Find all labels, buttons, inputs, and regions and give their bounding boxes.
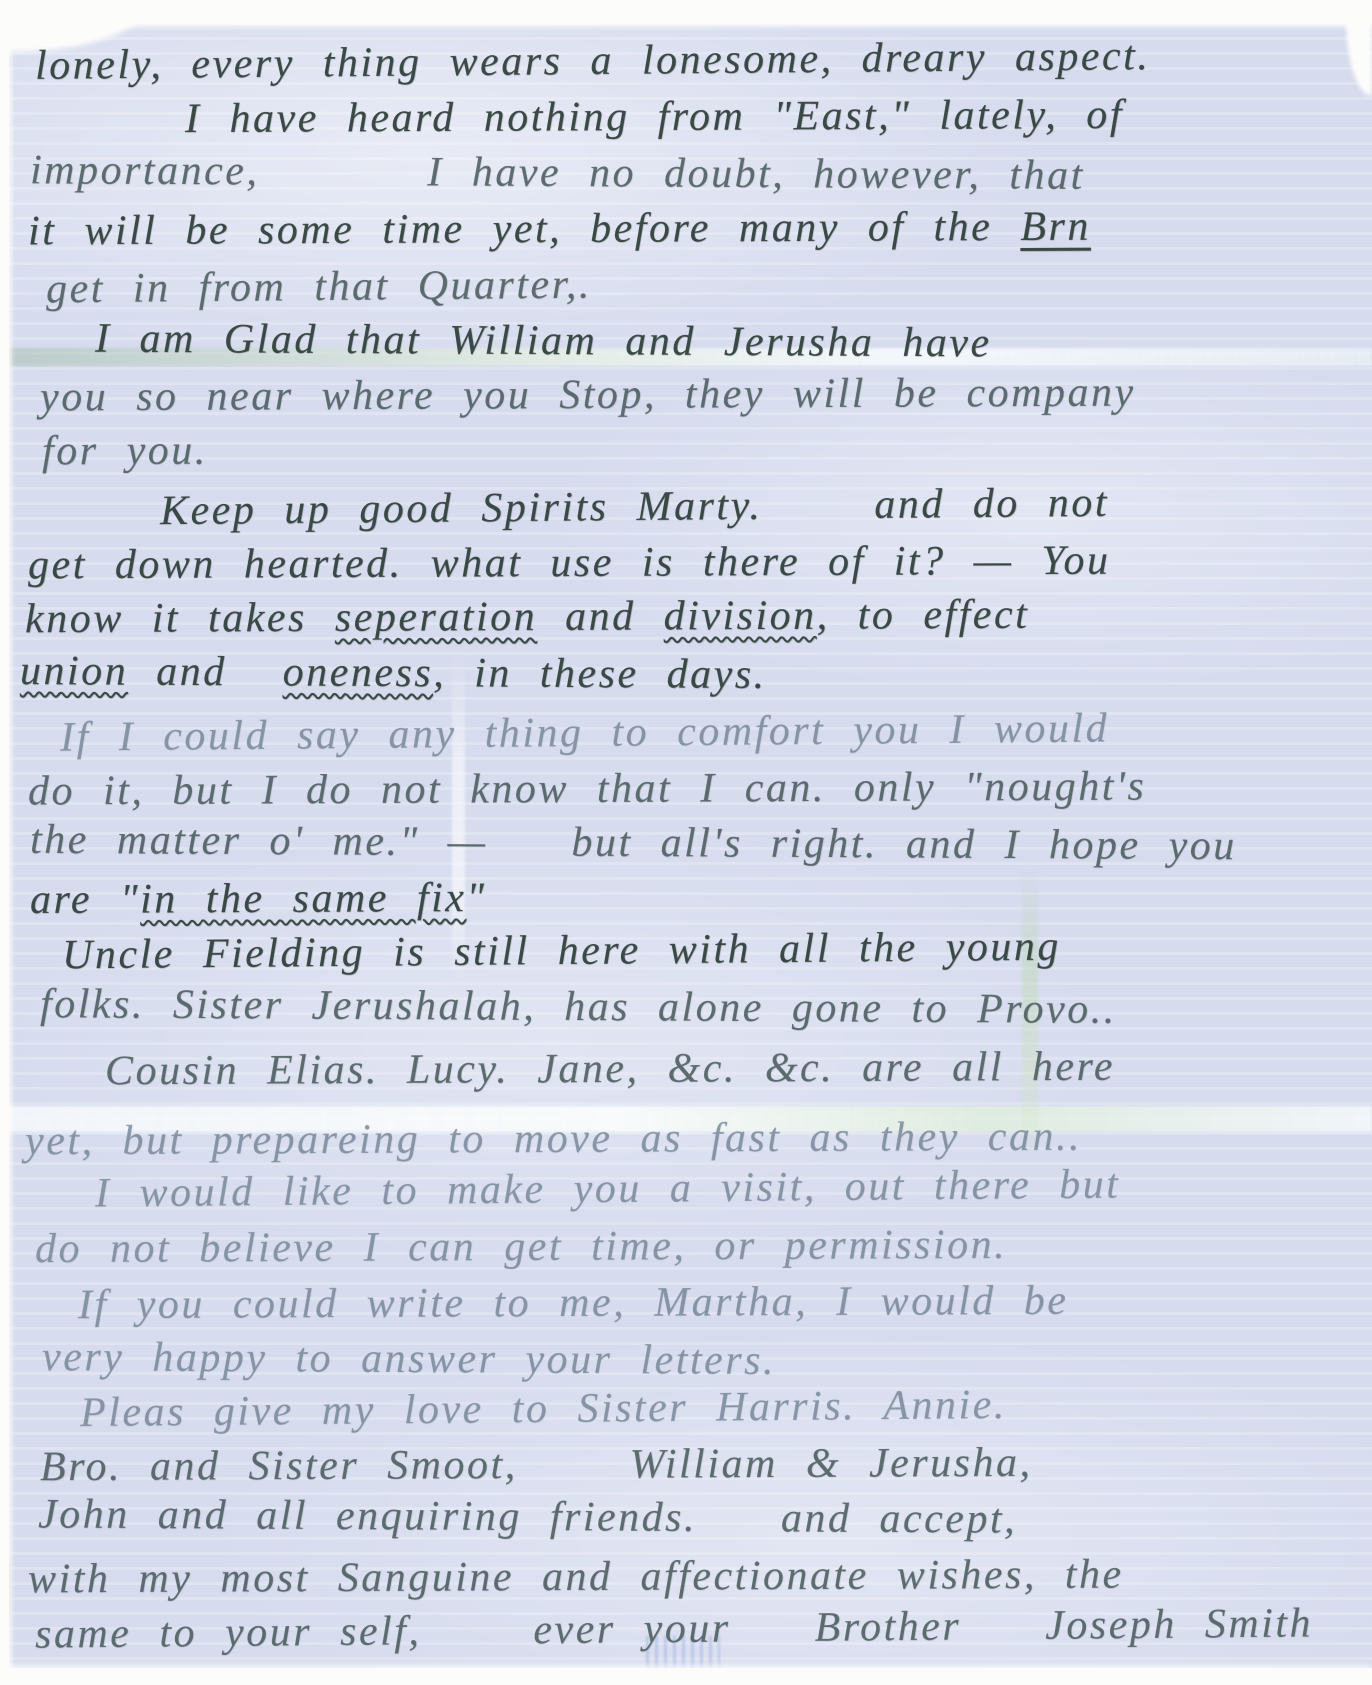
handwriting-line-10: get down hearted. what use is there of i…: [28, 540, 1111, 587]
handwriting-line-20: yet, but prepareing to move as fast as t…: [25, 1116, 1082, 1163]
underlined-word: Brn: [1020, 204, 1091, 250]
handwriting-text: Cousin Elias. Lucy. Jane, &c. &c. are al…: [105, 1044, 1115, 1094]
handwriting-line-7: you so near where you Stop, they will be…: [40, 372, 1136, 419]
handwriting-line-29: same to your self, ever your Brother Jos…: [35, 1602, 1313, 1655]
handwriting-text: Keep up good Spirits Marty. and do not: [160, 480, 1109, 534]
handwriting-text: I am Glad that William and Jerusha have: [95, 316, 992, 367]
handwriting-line-18: folks. Sister Jerushalah, has alone gone…: [40, 983, 1117, 1031]
handwriting-text: Pleas give my love to Sister Harris. Ann…: [80, 1382, 1007, 1436]
handwriting-line-17: Uncle Fielding is still here with all th…: [62, 926, 1061, 977]
handwriting-text: I would like to make you a visit, out th…: [95, 1162, 1121, 1217]
handwriting-line-27: John and all enquiring friends. and acce…: [38, 1493, 1017, 1540]
handwriting-text: , in these days.: [433, 650, 767, 698]
handwriting-line-14: do it, but I do not know that I can. onl…: [28, 766, 1146, 813]
handwriting-text: the matter o' me." — but all's right. an…: [30, 817, 1237, 869]
handwriting-line-2: I have heard nothing from "East," lately…: [185, 94, 1124, 140]
handwriting-text: know it takes: [25, 595, 335, 642]
underlined-word: seperation: [335, 594, 538, 641]
handwriting-line-6: I am Glad that William and Jerusha have: [95, 318, 992, 365]
handwriting-line-12: union and oneness, in these days.: [20, 650, 767, 696]
handwriting-text: get in from that Quarter,.: [46, 262, 592, 313]
handwriting-line-9: Keep up good Spirits Marty. and do not: [160, 482, 1109, 532]
handwriting-line-25: Pleas give my love to Sister Harris. Ann…: [80, 1384, 1007, 1434]
handwriting-text: , to effect: [817, 592, 1030, 639]
letter-body: lonely, every thing wears a lonesome, dr…: [0, 0, 1372, 1685]
handwriting-text: lonely, every thing wears a lonesome, dr…: [35, 33, 1151, 89]
handwriting-line-22: do not believe I can get time, or permis…: [35, 1224, 1007, 1270]
underlined-word: in the same fix: [140, 875, 466, 922]
scanned-letter-page: lonely, every thing wears a lonesome, dr…: [0, 0, 1372, 1685]
handwriting-line-3: importance, I have no doubt, however, th…: [30, 149, 1085, 197]
handwriting-text: you so near where you Stop, they will be…: [40, 370, 1136, 421]
handwriting-line-15: the matter o' me." — but all's right. an…: [30, 819, 1237, 867]
handwriting-text: very happy to answer your letters.: [42, 1334, 776, 1384]
handwriting-text: and: [128, 649, 283, 696]
handwriting-text: and: [537, 593, 664, 640]
handwriting-text: If you could write to me, Martha, I woul…: [78, 1278, 1069, 1328]
handwriting-text: Bro. and Sister Smoot, William & Jerusha…: [40, 1440, 1033, 1490]
handwriting-line-19: Cousin Elias. Lucy. Jane, &c. &c. are al…: [105, 1046, 1115, 1092]
handwriting-text: I have heard nothing from "East," lately…: [185, 92, 1124, 142]
handwriting-line-13: If I could say any thing to comfort you …: [60, 707, 1109, 758]
handwriting-line-16: are "in the same fix": [30, 877, 487, 921]
underlined-word: union: [20, 648, 128, 695]
handwriting-line-1: lonely, every thing wears a lonesome, dr…: [35, 35, 1151, 87]
handwriting-text: importance, I have no doubt, however, th…: [30, 147, 1085, 199]
handwriting-text: are ": [30, 877, 140, 923]
handwriting-text: do not believe I can get time, or permis…: [35, 1222, 1007, 1272]
handwriting-text: for you.: [42, 428, 208, 475]
handwriting-text: with my most Sanguine and affectionate w…: [28, 1552, 1124, 1603]
handwriting-text: John and all enquiring friends. and acce…: [38, 1491, 1017, 1542]
handwriting-line-4: it will be some time yet, before many of…: [28, 206, 1091, 253]
handwriting-line-23: If you could write to me, Martha, I woul…: [78, 1280, 1069, 1326]
handwriting-text: folks. Sister Jerushalah, has alone gone…: [40, 981, 1117, 1033]
handwriting-line-28: with my most Sanguine and affectionate w…: [28, 1554, 1124, 1601]
handwriting-text: same to your self, ever your Brother Jos…: [35, 1600, 1313, 1657]
handwriting-line-26: Bro. and Sister Smoot, William & Jerusha…: [40, 1442, 1033, 1488]
underlined-word: division: [664, 593, 817, 640]
handwriting-line-21: I would like to make you a visit, out th…: [95, 1164, 1121, 1215]
handwriting-text: If I could say any thing to comfort you …: [60, 705, 1109, 760]
handwriting-text: yet, but prepareing to move as fast as t…: [25, 1114, 1082, 1165]
handwriting-text: do it, but I do not know that I can. onl…: [28, 764, 1146, 815]
handwriting-text: get down hearted. what use is there of i…: [28, 538, 1111, 589]
underlined-word: oneness: [283, 649, 434, 696]
handwriting-line-24: very happy to answer your letters.: [42, 1336, 776, 1382]
handwriting-line-8: for you.: [42, 430, 208, 473]
handwriting-line-5: get in from that Quarter,.: [46, 264, 592, 311]
handwriting-text: Uncle Fielding is still here with all th…: [62, 924, 1061, 979]
handwriting-line-11: know it takes seperation and division, t…: [25, 594, 1029, 640]
handwriting-text: ": [466, 875, 486, 921]
handwriting-text: it will be some time yet, before many of…: [28, 204, 1020, 254]
